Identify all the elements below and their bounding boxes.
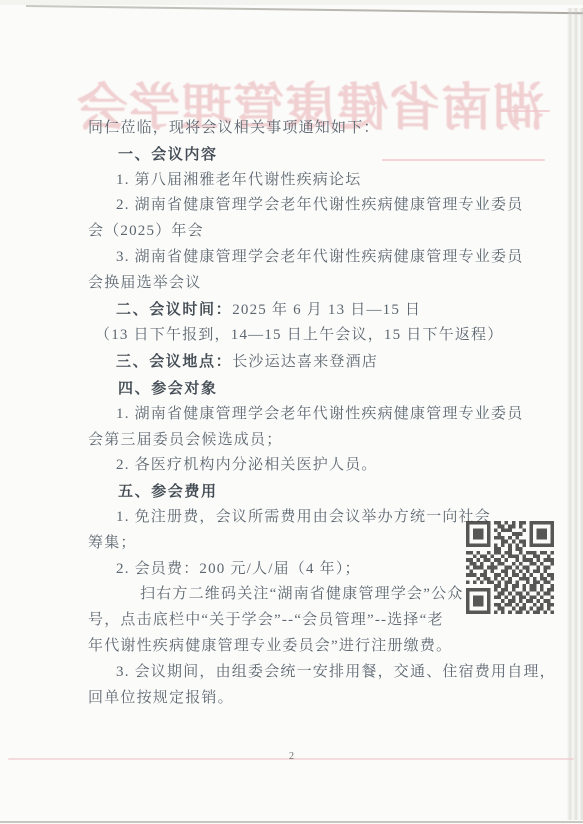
document-body: 同仁莅临，现将会议相关事项通知如下： 一、会议内容 1. 第八届湘雅老年代谢性疾… — [88, 116, 524, 711]
doc-line: 2. 湖南省健康管理学会老年代谢性疾病健康管理专业委员 — [88, 193, 524, 219]
doc-line: 号，点击底栏中“关于学会”--“会员管理”--选择“老 — [88, 608, 524, 634]
section-heading: 四、参会对象 — [88, 376, 524, 402]
doc-line: 年代谢性疾病健康管理专业委员会”进行注册缴费。 — [88, 634, 524, 660]
section-heading: 一、会议内容 — [88, 142, 524, 168]
heading-label: 三、会议地点： — [116, 353, 232, 370]
doc-line: 扫右方二维码关注“湖南省健康管理学会”公众 — [88, 582, 524, 608]
doc-line: 回单位按规定报销。 — [88, 686, 524, 712]
section-heading: 二、会议时间：2025 年 6 月 13 日—15 日 — [88, 297, 524, 324]
scan-bottom-edge-line — [0, 821, 583, 823]
doc-line: 2. 各医疗机构内分泌相关医护人员。 — [88, 453, 524, 479]
page-number: 2 — [0, 751, 583, 762]
doc-line: 筹集； — [88, 531, 524, 557]
doc-line: 3. 会议期间，由组委会统一安排用餐，交通、住宿费用自理， — [88, 660, 524, 686]
doc-line: 1. 免注册费，会议所需费用由会议举办方统一向社会 — [88, 505, 524, 531]
doc-line: 同仁莅临，现将会议相关事项通知如下： — [88, 116, 524, 142]
heading-value: 长沙运达喜来登酒店 — [232, 354, 378, 370]
doc-line: 会换届选举会议 — [88, 271, 524, 297]
doc-line: 2. 会员费：200 元/人/届（4 年）； — [88, 557, 524, 583]
doc-line: 会（2025）年会 — [88, 219, 524, 245]
doc-line: 3. 湖南省健康管理学会老年代谢性疾病健康管理专业委员 — [88, 245, 524, 271]
heading-label: 二、会议时间： — [116, 301, 232, 318]
qr-code — [466, 521, 554, 614]
scan-right-edge-streaks — [567, 8, 583, 820]
section-heading: 五、参会费用 — [88, 479, 524, 505]
heading-value: 2025 年 6 月 13 日—15 日 — [232, 302, 421, 318]
scan-top-margin — [0, 0, 583, 5]
doc-line: 1. 第八届湘雅老年代谢性疾病论坛 — [88, 168, 524, 194]
doc-line: （13 日下午报到，14—15 日上午会议，15 日下午返程） — [88, 323, 524, 349]
scan-top-edge-line — [26, 5, 583, 14]
doc-line: 1. 湖南省健康管理学会老年代谢性疾病健康管理专业委员 — [88, 402, 524, 428]
doc-line: 会第三届委员会候选成员； — [88, 428, 524, 454]
section-heading: 三、会议地点：长沙运达喜来登酒店 — [88, 349, 524, 376]
